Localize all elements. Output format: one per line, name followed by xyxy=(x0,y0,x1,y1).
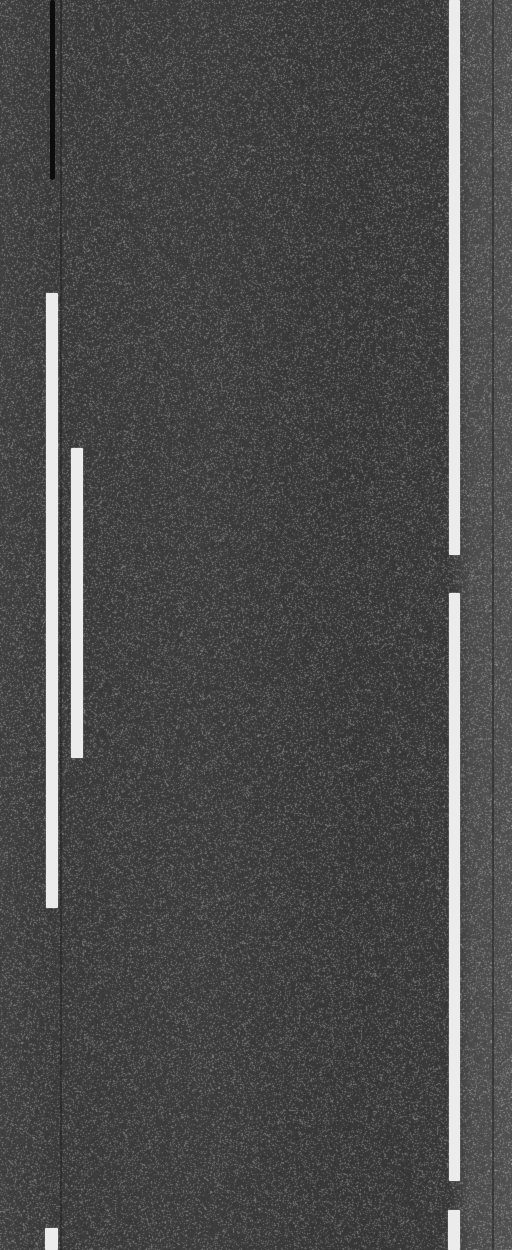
right-dash-bottom xyxy=(448,1210,460,1250)
pavement-seam xyxy=(60,0,62,1250)
left-dash-bottom xyxy=(45,1228,58,1250)
shoulder-seam xyxy=(492,0,494,1250)
road-surface xyxy=(0,0,512,1250)
pavement-crack xyxy=(50,0,55,180)
left-solid-line xyxy=(46,293,58,908)
right-edge-line-lower xyxy=(449,593,460,1181)
left-short-line xyxy=(71,448,83,758)
right-edge-line-upper xyxy=(449,0,460,555)
